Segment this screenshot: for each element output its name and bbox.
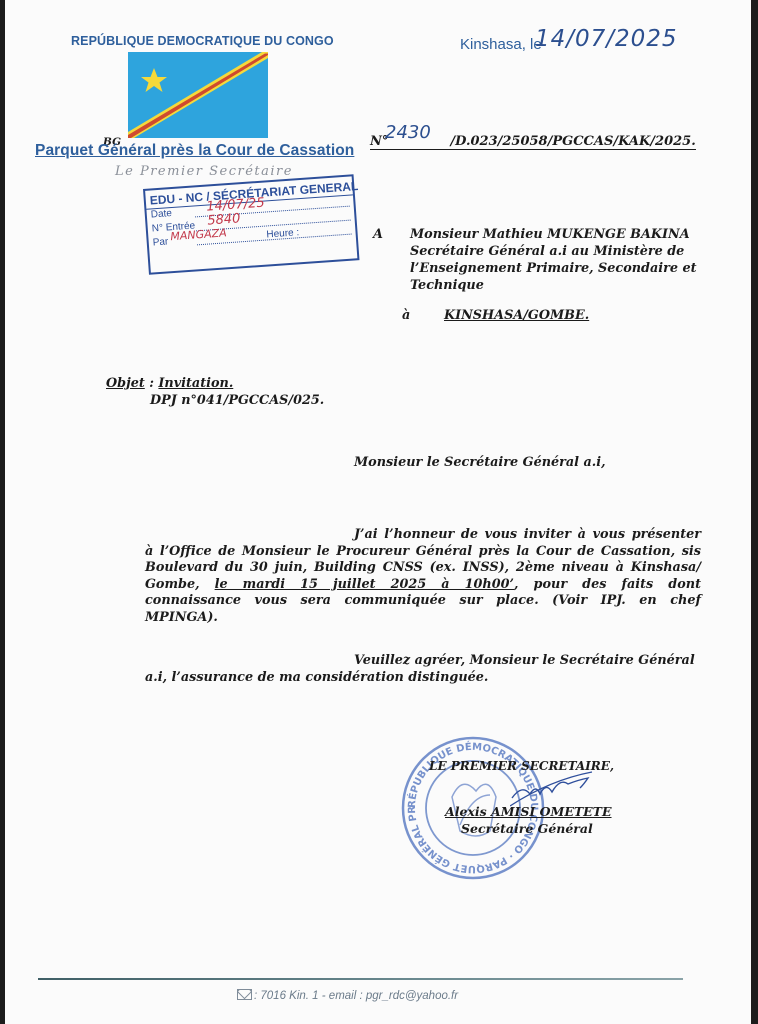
signature-scribble-icon [510,768,600,808]
body-line: J’ai l’honneur de vous inviter à vous pr… [145,527,701,544]
city-label: Kinshasa, le [460,36,542,53]
body-line: Boulevard du 30 juin, Building CNSS (ex.… [145,560,701,577]
body-line: MPINGA). [145,610,701,627]
stamp-by-value: MANGAZA [170,226,227,243]
destination-place: KINSHASA/GOMBE. [444,308,589,323]
handwritten-date: 14/07/2025 [535,26,678,52]
stamp-date-label: Date [150,208,172,220]
appointment-datetime: le mardi 15 juillet 2025 à 10h00’ [215,577,514,592]
institution-name: Parquet Général près la Cour de Cassatio… [35,142,354,160]
footer-divider [38,978,683,980]
addressee-line: Technique [410,277,750,294]
signatory-name: Alexis AMISI OMETETE [445,804,612,819]
dpj-reference: DPJ n°041/PGCCAS/025. [150,393,324,408]
subject-label: Objet [106,376,145,391]
country-heading: REPÚBLIQUE DEMOCRATIQUE DU CONGO [71,34,334,48]
body-line: connaissance vous sera communiquée sur p… [145,593,701,610]
drc-flag-icon [128,52,268,138]
addressee-line: Monsieur Mathieu MUKENGE BAKINA [410,226,750,243]
destination: à KINSHASA/GOMBE. [402,308,410,323]
addressee-prefix: A [373,226,383,243]
addressee-line: Secrétaire Général a.i au Ministère de [410,243,750,260]
body-line: à l’Office de Monsieur le Procureur Géné… [145,544,701,561]
closing-line: Veuillez agréer, Monsieur le Secrétaire … [145,652,701,669]
stamp-by-label: Par [152,236,168,248]
signatory-role: Secrétaire Général [461,821,593,836]
subject-separator: : [145,376,159,391]
reference-suffix: /D.023/25058/PGCCAS/KAK/2025. [450,134,695,149]
subject-line: Objet : Invitation. [106,376,233,391]
reception-stamp: EDU - NC / SÉCRÉTARIAT GENERAL Date 14/0… [143,174,359,275]
body-text-fragment: Gombe, [145,577,215,592]
handwritten-reference-number: 2430 [385,122,431,143]
letter-body: J’ai l’honneur de vous inviter à vous pr… [145,527,701,626]
envelope-icon [237,989,252,1000]
office-subtitle: Le Premier Secrétaire [115,164,293,179]
body-text-fragment: , pour des faits dont [514,577,701,592]
letter-page: REPÚBLIQUE DEMOCRATIQUE DU CONGO BG Parq… [5,0,751,1024]
salutation: Monsieur le Secrétaire Général a.i, [354,455,606,470]
closing-line: a.i, l’assurance de ma considération dis… [145,670,488,685]
footer-contact: : 7016 Kin. 1 - email : pgr_rdc@yahoo.fr [237,989,458,1002]
stamp-time-label: Heure : [266,227,299,240]
closing-formula: Veuillez agréer, Monsieur le Secrétaire … [145,652,701,686]
body-line: Gombe, le mardi 15 juillet 2025 à 10h00’… [145,577,701,594]
footer-contact-text: : 7016 Kin. 1 - email : pgr_rdc@yahoo.fr [254,990,458,1002]
subject-value: Invitation. [158,376,233,391]
addressee-line: l’Enseignement Primaire, Secondaire et [410,260,750,277]
destination-prefix: à [402,308,410,323]
